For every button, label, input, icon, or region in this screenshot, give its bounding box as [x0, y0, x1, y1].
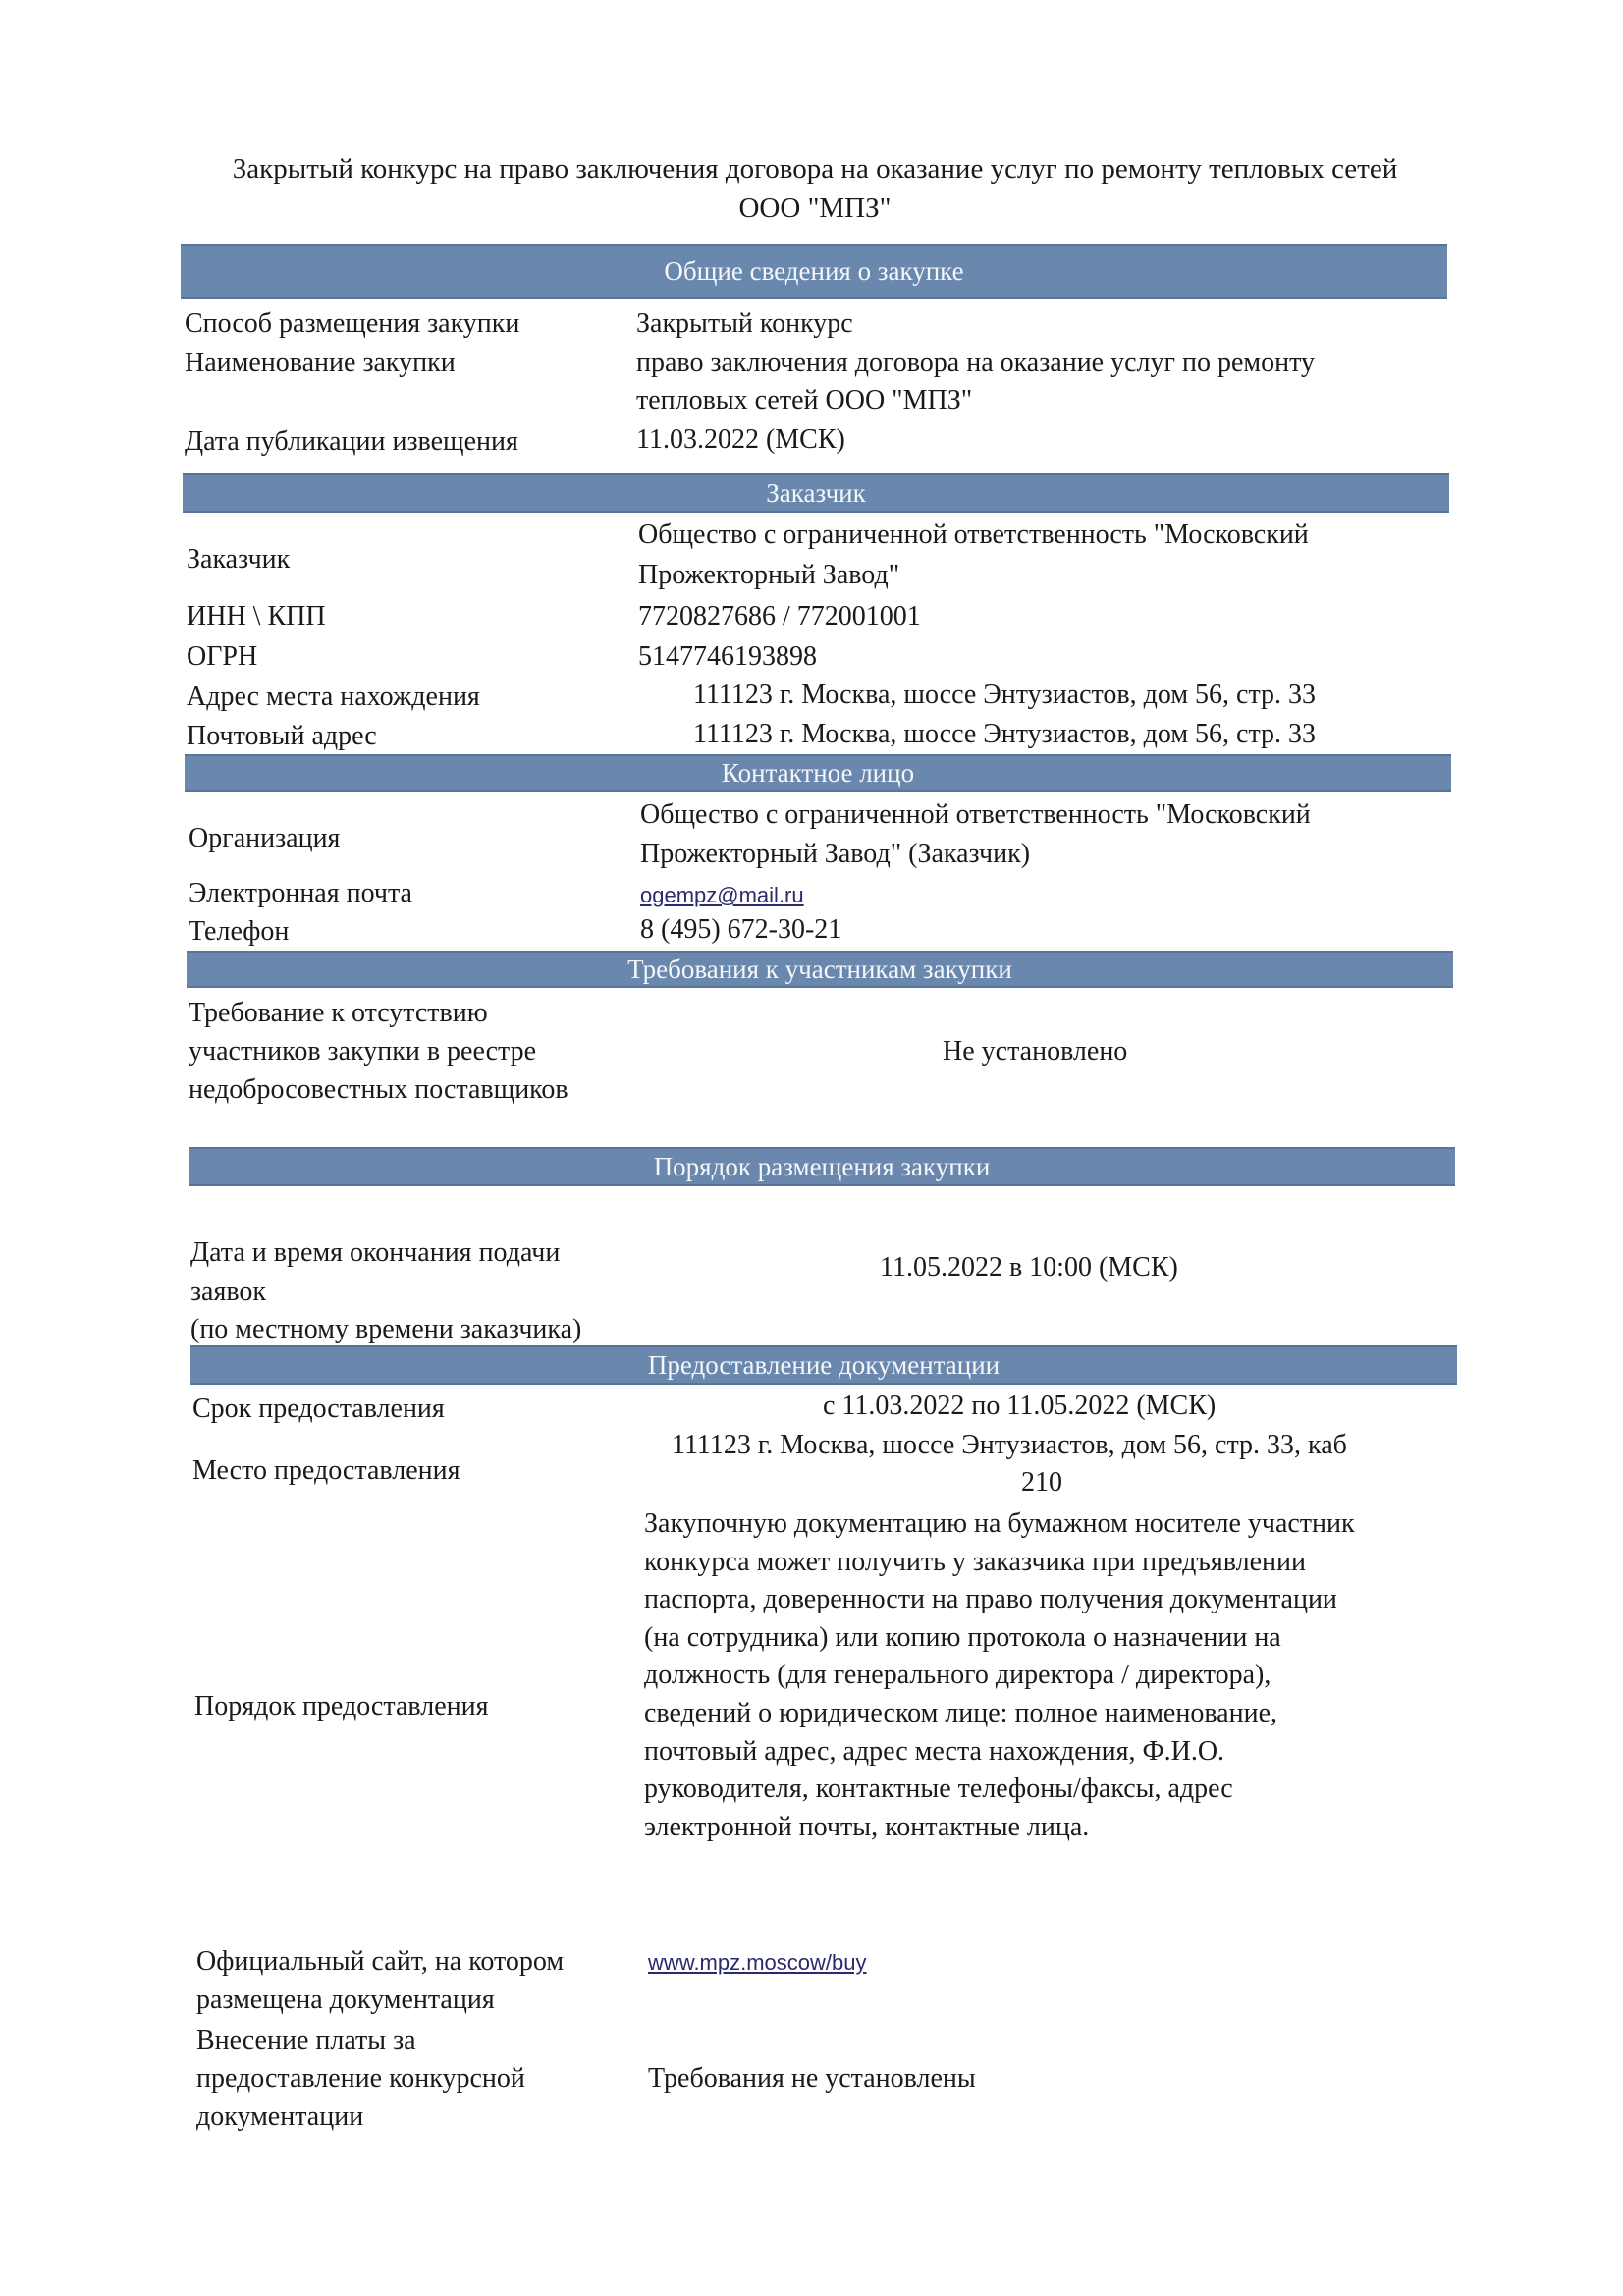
label-postal-address: Почтовый адрес [187, 717, 377, 755]
value-deadline: 11.05.2022 в 10:00 (МСК) [880, 1248, 1178, 1286]
value-doc-place-1: 111123 г. Москва, шоссе Энтузиастов, дом… [672, 1426, 1347, 1464]
value-legal-address: 111123 г. Москва, шоссе Энтузиастов, дом… [693, 676, 1316, 714]
label-pub-date: Дата публикации извещения [185, 422, 518, 461]
label-deadline-1: Дата и время окончания подачи [190, 1233, 560, 1272]
value-pub-date: 11.03.2022 (МСК) [636, 420, 845, 459]
label-legal-address: Адрес места нахождения [187, 678, 480, 716]
title-line-2: ООО "МПЗ" [167, 189, 1463, 228]
label-doc-procedure: Порядок предоставления [194, 1687, 488, 1725]
section-header-documentation: Предоставление документации [190, 1345, 1457, 1385]
value-name-1: право заключения договора на оказание ус… [636, 344, 1315, 382]
label-fee-1: Внесение платы за [196, 2021, 416, 2059]
label-customer: Заказчик [187, 540, 290, 578]
label-doc-period: Срок предоставления [192, 1390, 445, 1428]
value-doc-place-2: 210 [1021, 1463, 1062, 1502]
website-link[interactable]: www.mpz.moscow/buy [648, 1943, 867, 1982]
value-phone: 8 (495) 672-30-21 [640, 910, 841, 949]
label-doc-place: Место предоставления [192, 1451, 460, 1490]
email-link[interactable]: ogempz@mail.ru [640, 876, 804, 914]
label-registry-1: Требование к отсутствию [189, 994, 488, 1032]
label-organization: Организация [189, 819, 340, 857]
value-organization-2: Прожекторный Завод" (Заказчик) [640, 835, 1030, 873]
label-website-2: размещена документация [196, 1981, 495, 2019]
section-header-customer: Заказчик [183, 473, 1449, 513]
value-customer-1: Общество с ограниченной ответственность … [638, 516, 1309, 554]
procedure-line: паспорта, доверенности на право получени… [644, 1581, 1355, 1619]
label-phone: Телефон [189, 912, 289, 951]
value-fee: Требования не установлены [648, 2059, 976, 2098]
value-inn-kpp: 7720827686 / 772001001 [638, 597, 921, 635]
label-registry-3: недобросовестных поставщиков [189, 1070, 568, 1109]
value-postal-address: 111123 г. Москва, шоссе Энтузиастов, дом… [693, 715, 1316, 753]
section-header-general: Общие сведения о закупке [181, 244, 1447, 299]
value-method: Закрытый конкурс [636, 304, 853, 343]
document-title: Закрытый конкурс на право заключения дог… [167, 149, 1463, 228]
value-name-2: тепловых сетей ООО "МПЗ" [636, 381, 972, 419]
label-website-1: Официальный сайт, на котором [196, 1942, 564, 1981]
value-doc-period: с 11.03.2022 по 11.05.2022 (МСК) [823, 1387, 1216, 1425]
section-header-requirements: Требования к участникам закупки [187, 951, 1453, 988]
procedure-line: сведений о юридическом лице: полное наим… [644, 1695, 1355, 1733]
label-fee-3: документации [196, 2098, 363, 2136]
label-name: Наименование закупки [185, 344, 456, 382]
section-header-procedure: Порядок размещения закупки [189, 1147, 1455, 1186]
value-organization-1: Общество с ограниченной ответственность … [640, 795, 1311, 834]
procedure-line: конкурса может получить у заказчика при … [644, 1544, 1355, 1582]
label-deadline-2: заявок [190, 1273, 266, 1311]
value-registry: Не установлено [943, 1032, 1127, 1070]
section-header-contact: Контактное лицо [185, 754, 1451, 792]
label-registry-2: участников закупки в реестре [189, 1032, 536, 1070]
procedure-line: Закупочную документацию на бумажном носи… [644, 1505, 1355, 1544]
label-fee-2: предоставление конкурсной [196, 2059, 525, 2098]
label-deadline-3: (по местному времени заказчика) [190, 1310, 581, 1348]
label-email: Электронная почта [189, 874, 412, 912]
label-method: Способ размещения закупки [185, 304, 519, 343]
value-doc-procedure: Закупочную документацию на бумажном носи… [644, 1505, 1355, 1846]
procedure-line: должность (для генерального директора / … [644, 1657, 1355, 1695]
procedure-line: электронной почты, контактные лица. [644, 1809, 1355, 1847]
label-inn-kpp: ИНН \ КПП [187, 597, 326, 635]
procedure-line: почтовый адрес, адрес места нахождения, … [644, 1733, 1355, 1772]
procedure-line: (на сотрудника) или копию протокола о на… [644, 1619, 1355, 1658]
value-ogrn: 5147746193898 [638, 637, 817, 676]
value-customer-2: Прожекторный Завод" [638, 556, 899, 594]
label-ogrn: ОГРН [187, 637, 257, 676]
procedure-line: руководителя, контактные телефоны/факсы,… [644, 1771, 1355, 1809]
title-line-1: Закрытый конкурс на право заключения дог… [167, 149, 1463, 189]
